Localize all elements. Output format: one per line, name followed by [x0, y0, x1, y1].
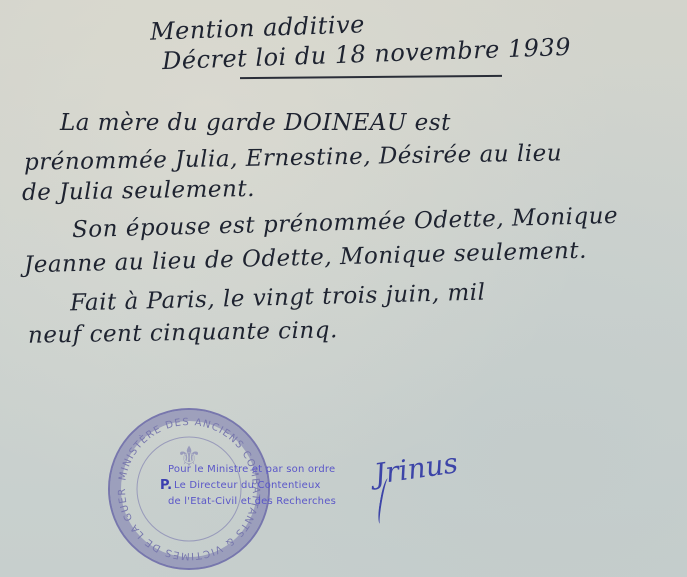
- official-line-1: Pour le Ministre et par son ordre: [168, 462, 336, 478]
- document-page: Mention additive Décret loi du 18 novemb…: [0, 0, 687, 577]
- body-line-1: La mère du garde DOINEAU est: [60, 110, 451, 136]
- body-line-2: prénommée Julia, Ernestine, Désirée au l…: [24, 140, 562, 175]
- heading-underline: [240, 75, 502, 79]
- body-line-5: Jeanne au lieu de Odette, Monique seulem…: [24, 238, 587, 279]
- body-line-7: neuf cent cinquante cinq.: [28, 317, 338, 348]
- official-line-2: Le Directeur du Contentieux: [168, 478, 336, 494]
- official-line-3: de l'Etat-Civil et des Recherches: [168, 494, 336, 510]
- body-line-4: Son épouse est prénommée Odette, Monique: [72, 203, 619, 243]
- body-line-6: Fait à Paris, le vingt trois juin, mil: [70, 280, 486, 317]
- official-stamp-block: Pour le Ministre et par son ordre Le Dir…: [168, 462, 336, 510]
- body-line-3: de Julia seulement.: [22, 176, 255, 206]
